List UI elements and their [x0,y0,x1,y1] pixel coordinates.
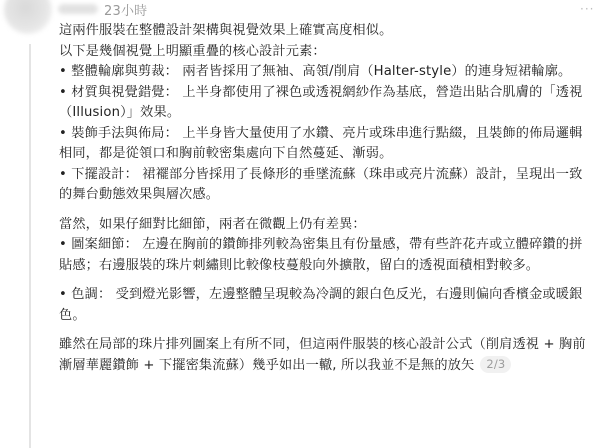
bullet-pattern: 圖案細節： 左邊在胸前的鑽飾排列較為密集且有份量感，帶有些許花卉或立體碎鑽的拼貼… [59,235,589,276]
more-options-icon[interactable]: ··· [580,2,594,16]
username-blurred[interactable] [58,4,98,14]
conclusion: 雖然在局部的珠片排列圖案上有所不同，但這兩件服裝的核心設計公式（削肩透視 + 胸… [59,335,589,376]
bullet-material: 材質與視覺錯覺： 上半身都使用了裸色或透視網紗作為基底，營造出貼合肌膚的「透視（… [59,83,589,124]
intro-line-1: 這兩件服裝在整體設計架構與視覺效果上確實高度相似。 [59,21,589,42]
page-indicator-badge: 2/3 [480,356,511,373]
thread-line [29,44,31,448]
bullet-decoration: 裝飾手法與佈局： 上半身皆大量使用了水鑽、亮片或珠串進行點綴，且裝飾的佈局邏輯相… [59,124,589,165]
paragraph-gap [59,276,589,285]
threads-post: 23小時 ··· 這兩件服裝在整體設計架構與視覺效果上確實高度相似。 以下是幾個… [0,0,600,448]
differences-intro: 當然，如果仔細對比細節，兩者在微觀上仍有差異： [59,215,589,236]
bullet-silhouette: 整體輪廓與剪裁： 兩者皆採用了無袖、高領/削肩（Halter-style）的連身… [59,62,589,83]
post-header: 23小時 [58,0,147,18]
intro-line-2: 以下是幾個視覺上明顯重疊的核心設計元素： [59,42,589,63]
paragraph-gap [59,326,589,335]
paragraph-gap [59,206,589,215]
bullet-color-tone: 色調： 受到燈光影響，左邊整體呈現較為冷調的銀白色反光，右邊則偏向香檳金或暖銀色… [59,285,589,326]
avatar[interactable] [4,0,52,34]
timestamp: 23小時 [104,0,147,19]
post-content: 這兩件服裝在整體設計架構與視覺效果上確實高度相似。 以下是幾個視覺上明顯重疊的核… [59,21,589,376]
bullet-hem: 下擺設計： 裙襬部分皆採用了長條形的垂墜流蘇（珠串或亮片流蘇）設計，呈現出一致的… [59,165,589,206]
